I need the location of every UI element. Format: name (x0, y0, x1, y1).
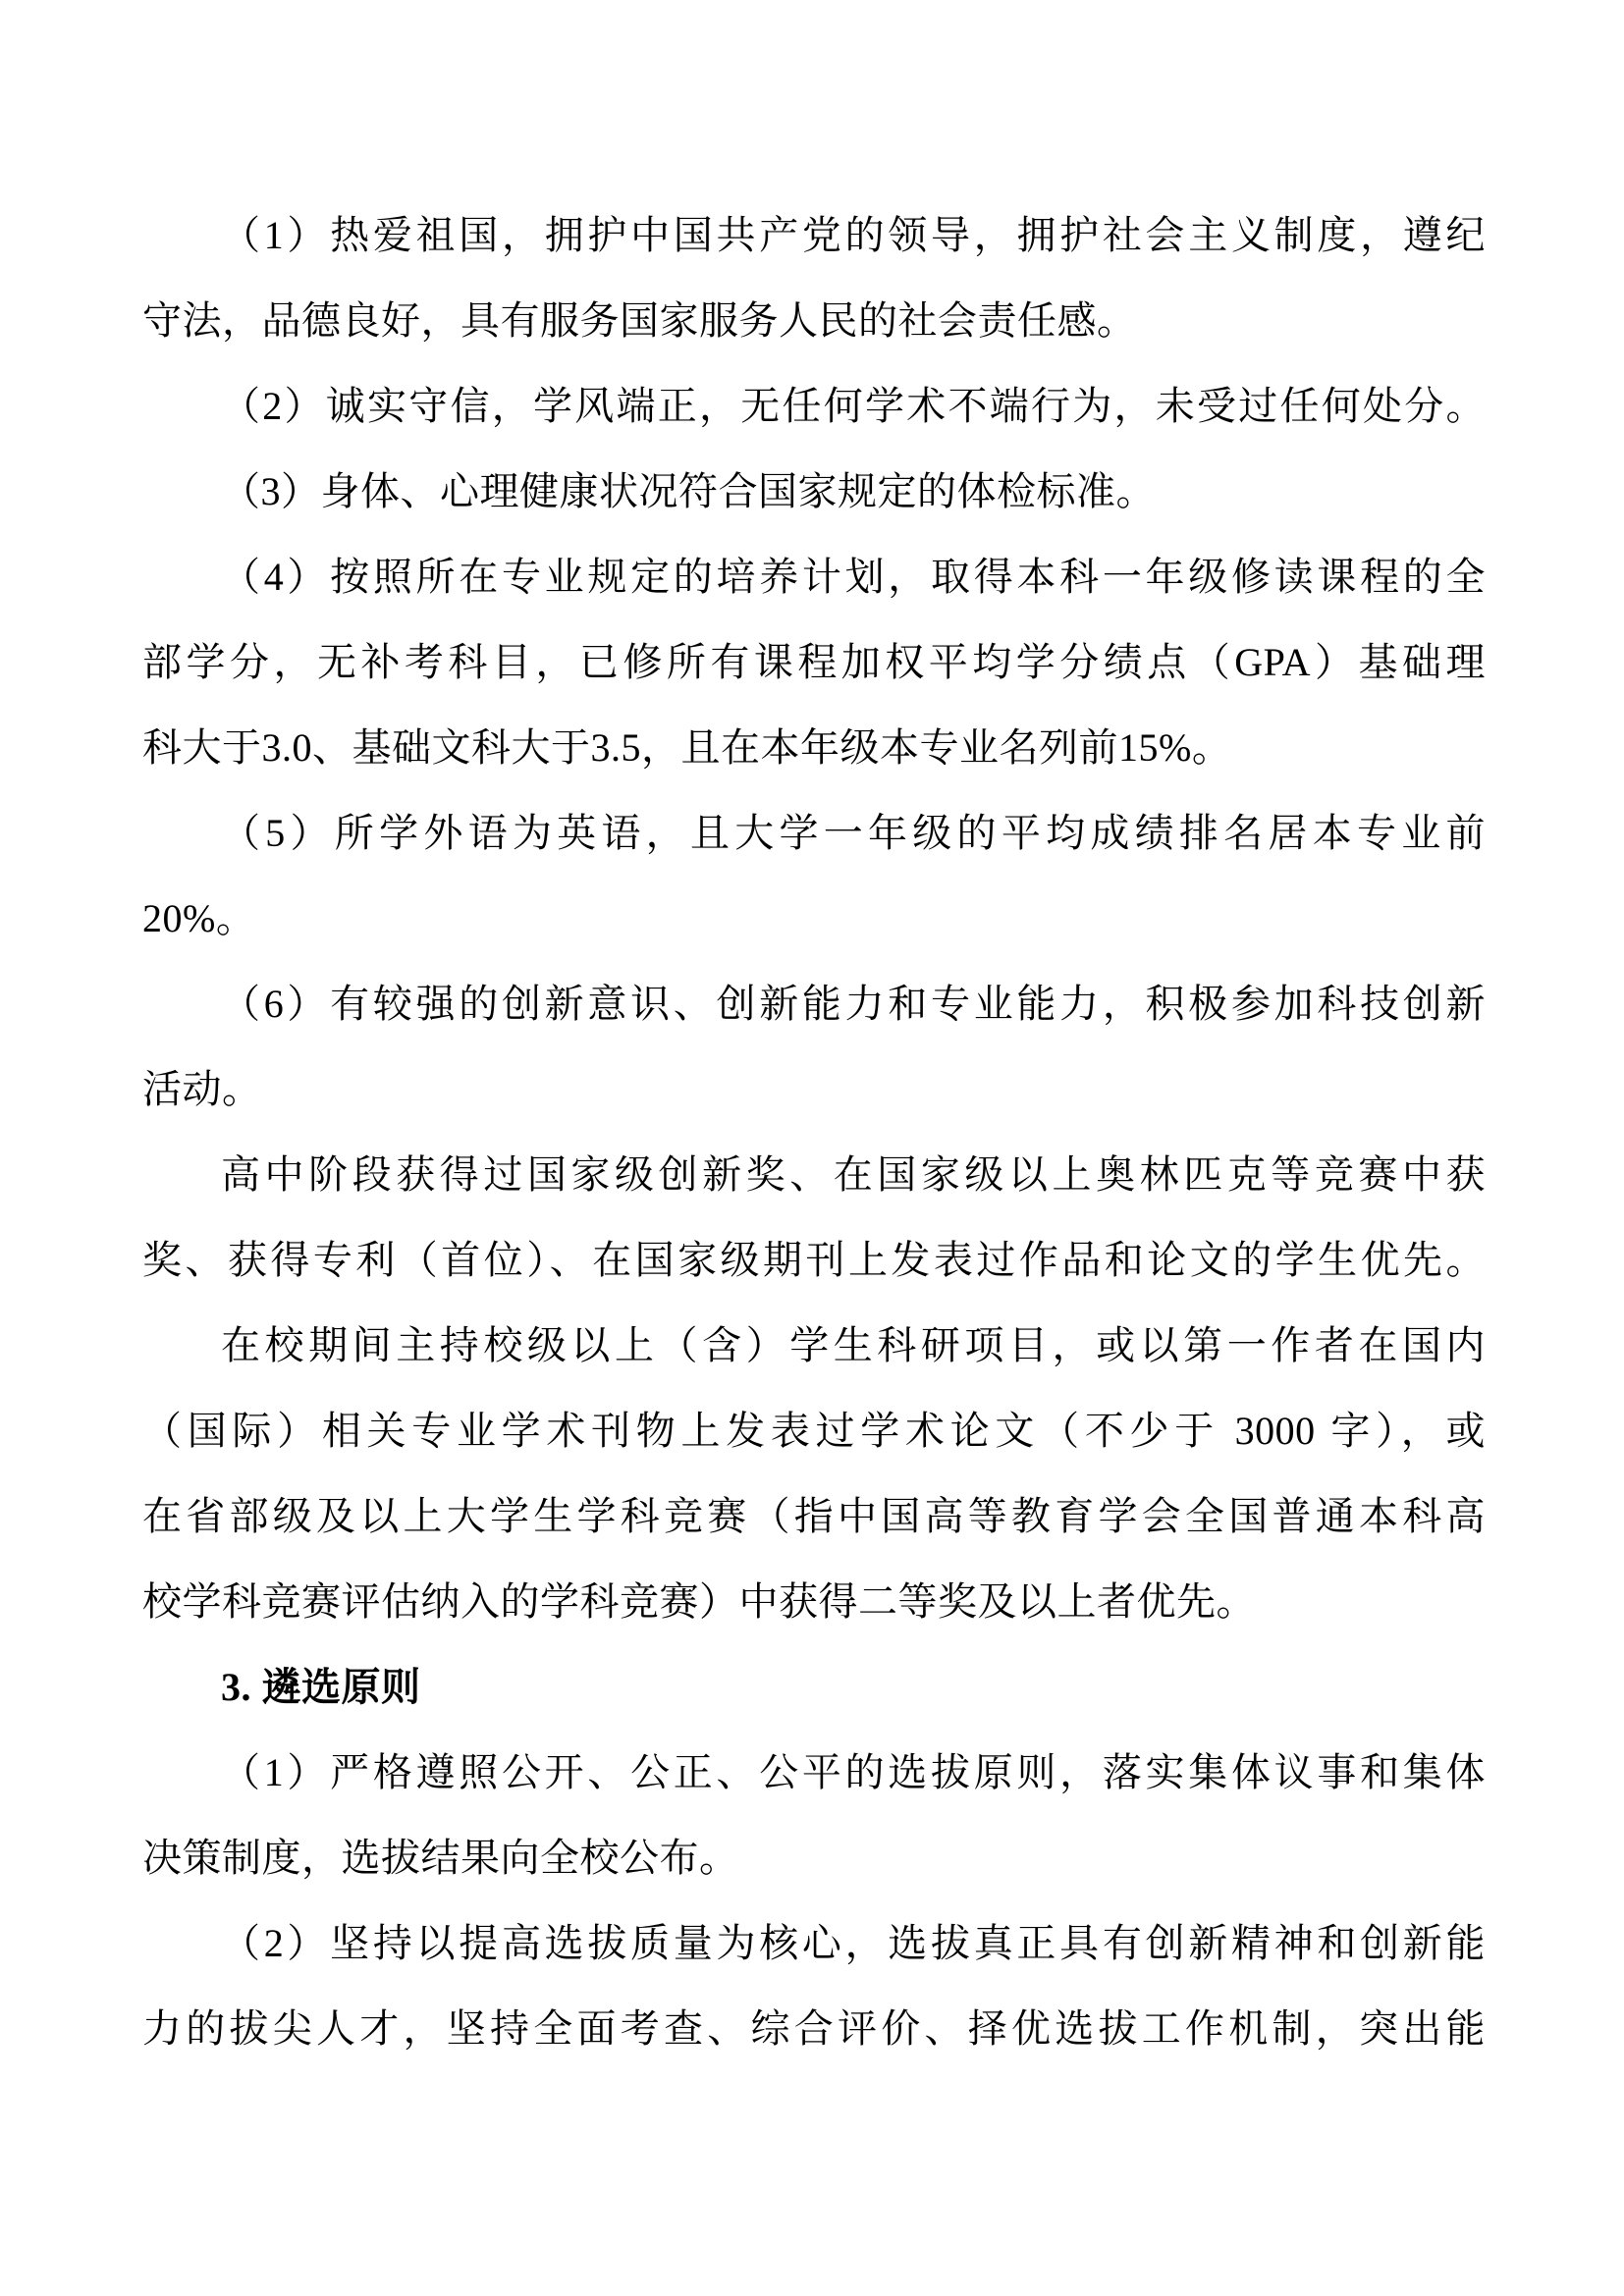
text-line: （6）有较强的创新意识、创新能力和专业能力，积极参加科技创新 (142, 961, 1486, 1046)
text-line: 部学分，无补考科目，已修所有课程加权平均学分绩点（GPA）基础理 (142, 619, 1486, 705)
text-line: 决策制度，选拔结果向全校公布。 (142, 1815, 1486, 1900)
text-line: 在校期间主持校级以上（含）学生科研项目，或以第一作者在国内 (142, 1303, 1486, 1388)
text-line: （2）诚实守信，学风端正，无任何学术不端行为，未受过任何处分。 (142, 363, 1486, 449)
text-line: 高中阶段获得过国家级创新奖、在国家级以上奥林匹克等竞赛中获 (142, 1132, 1486, 1217)
text-line: （5）所学外语为英语，且大学一年级的平均成绩排名居本专业前 (142, 790, 1486, 876)
text-line: 科大于3.0、基础文科大于3.5，且在本年级本专业名列前15%。 (142, 705, 1486, 790)
text-line: 在省部级及以上大学生学科竞赛（指中国高等教育学会全国普通本科高 (142, 1473, 1486, 1559)
document-page: （1）热爱祖国，拥护中国共产党的领导，拥护社会主义制度，遵纪守法，品德良好，具有… (0, 0, 1624, 2296)
text-line: （4）按照所在专业规定的培养计划，取得本科一年级修读课程的全 (142, 534, 1486, 619)
text-line: （3）身体、心理健康状况符合国家规定的体检标准。 (142, 449, 1486, 534)
text-line: 活动。 (142, 1046, 1486, 1132)
text-line: 20%。 (142, 876, 1486, 961)
document-body: （1）热爱祖国，拥护中国共产党的领导，拥护社会主义制度，遵纪守法，品德良好，具有… (142, 192, 1486, 2071)
text-line: 力的拔尖人才，坚持全面考查、综合评价、择优选拔工作机制，突出能 (142, 1986, 1486, 2071)
text-line: （国际）相关专业学术刊物上发表过学术论文（不少于 3000 字），或 (142, 1388, 1486, 1473)
section-heading: 3. 遴选原则 (142, 1644, 1486, 1730)
text-line: （2）坚持以提高选拔质量为核心，选拔真正具有创新精神和创新能 (142, 1900, 1486, 1986)
text-line: （1）严格遵照公开、公正、公平的选拔原则，落实集体议事和集体 (142, 1730, 1486, 1815)
text-line: （1）热爱祖国，拥护中国共产党的领导，拥护社会主义制度，遵纪 (142, 192, 1486, 278)
text-line: 校学科竞赛评估纳入的学科竞赛）中获得二等奖及以上者优先。 (142, 1559, 1486, 1644)
text-line: 奖、获得专利（首位）、在国家级期刊上发表过作品和论文的学生优先。 (142, 1217, 1486, 1303)
text-line: 守法，品德良好，具有服务国家服务人民的社会责任感。 (142, 278, 1486, 363)
